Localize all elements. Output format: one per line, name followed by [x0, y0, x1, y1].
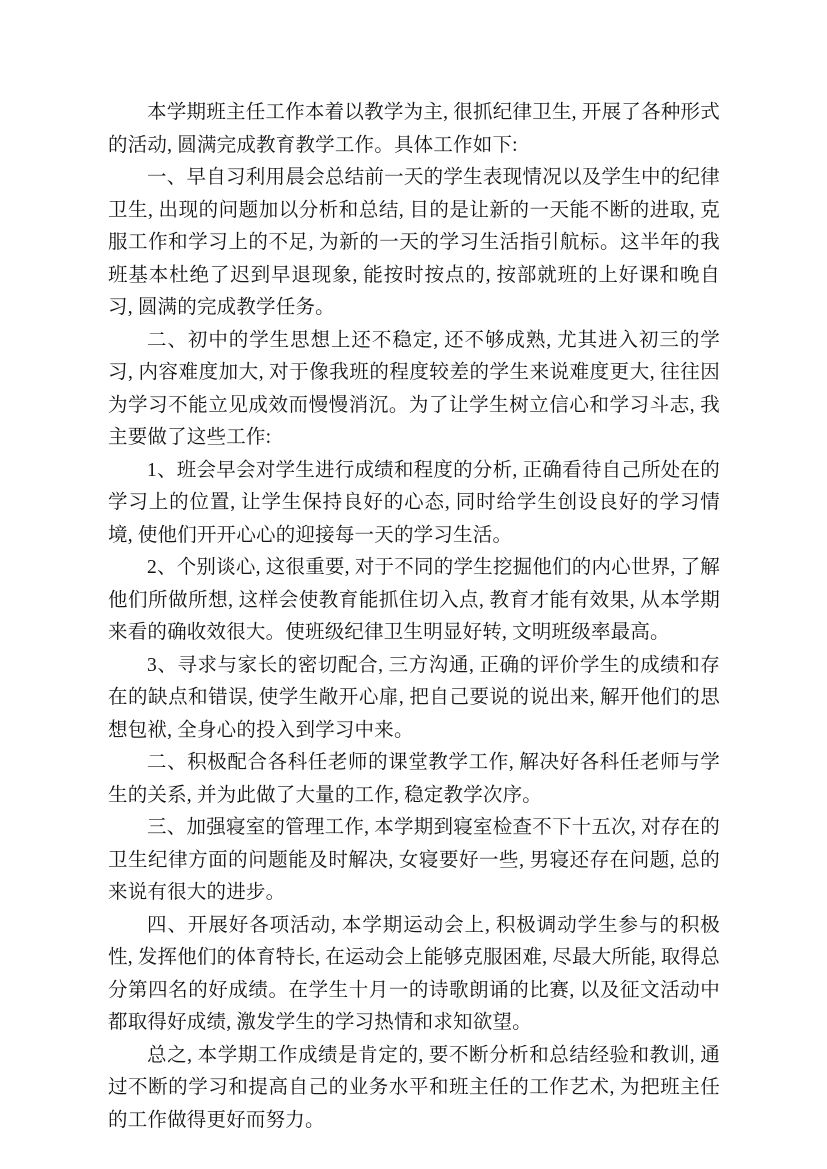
document-content: 本学期班主任工作本着以教学为主, 很抓纪律卫生, 开展了各种形式的活动, 圆满完…	[108, 97, 720, 1137]
paragraph: 1、班会早会对学生进行成绩和程度的分析, 正确看待自己所处在的学习上的位置, 让…	[108, 455, 720, 553]
paragraph: 三、加强寝室的管理工作, 本学期到寝室检查不下十五次, 对存在的卫生纪律方面的问…	[108, 812, 720, 910]
paragraph: 2、个别谈心, 这很重要, 对于不同的学生挖掘他们的内心世界, 了解他们所做所想…	[108, 552, 720, 650]
document-page: 本学期班主任工作本着以教学为主, 很抓纪律卫生, 开展了各种形式的活动, 圆满完…	[0, 0, 827, 1169]
paragraph: 二、积极配合各科任老师的课堂教学工作, 解决好各科任老师与学生的关系, 并为此做…	[108, 747, 720, 812]
paragraph: 二、初中的学生思想上还不稳定, 还不够成熟, 尤其进入初三的学习, 内容难度加大…	[108, 325, 720, 455]
paragraph: 总之, 本学期工作成绩是肯定的, 要不断分析和总结经验和教训, 通过不断的学习和…	[108, 1040, 720, 1138]
paragraph: 一、早自习利用晨会总结前一天的学生表现情况以及学生中的纪律卫生, 出现的问题加以…	[108, 162, 720, 325]
paragraph: 3、寻求与家长的密切配合, 三方沟通, 正确的评价学生的成绩和存在的缺点和错误,…	[108, 650, 720, 748]
paragraph: 本学期班主任工作本着以教学为主, 很抓纪律卫生, 开展了各种形式的活动, 圆满完…	[108, 97, 720, 162]
paragraph: 四、开展好各项活动, 本学期运动会上, 积极调动学生参与的积极性, 发挥他们的体…	[108, 910, 720, 1040]
